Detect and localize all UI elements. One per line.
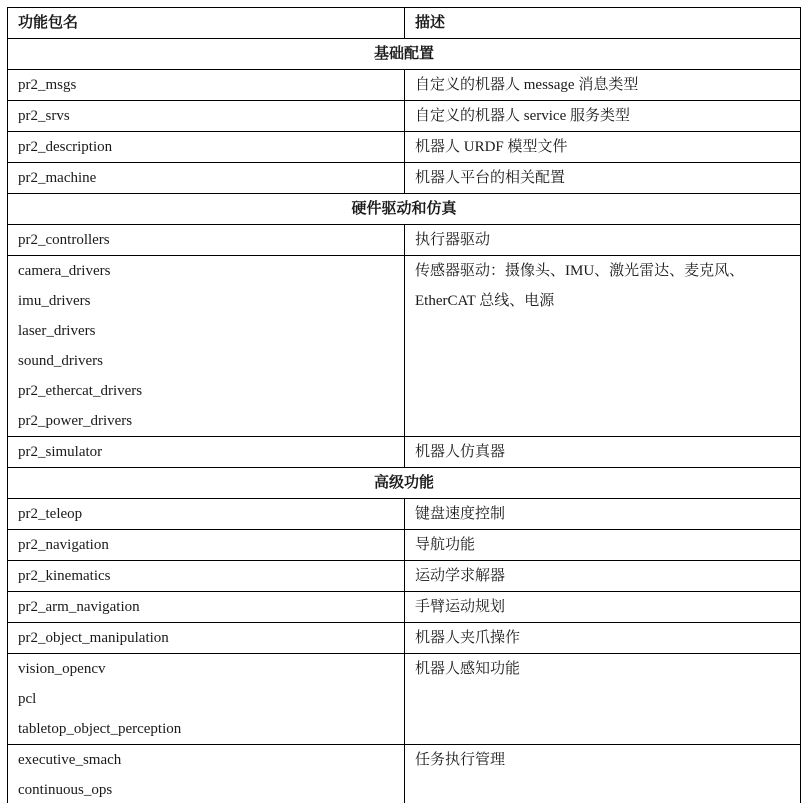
- package-name: pr2_simulator: [18, 437, 394, 467]
- package-description: 机器人平台的相关配置: [415, 163, 790, 193]
- description-cell: 机器人仿真器: [405, 437, 801, 468]
- package-cell: pr2_teleop: [8, 499, 405, 530]
- description-cell: 执行器驱动: [405, 225, 801, 256]
- package-description: 机器人仿真器: [415, 437, 790, 467]
- description-cell: 传感器驱动：摄像头、IMU、激光雷达、麦克风、EtherCAT 总线、电源: [405, 256, 801, 437]
- package-cell: pr2_object_manipulation: [8, 623, 405, 654]
- table-header-row: 功能包名 描述: [8, 8, 801, 39]
- package-description: 自定义的机器人 message 消息类型: [415, 70, 790, 100]
- package-name: pr2_msgs: [18, 70, 394, 100]
- table-row: pr2_description机器人 URDF 模型文件: [8, 132, 801, 163]
- description-cell: 机器人 URDF 模型文件: [405, 132, 801, 163]
- package-name: pr2_srvs: [18, 101, 394, 131]
- section-title: 硬件驱动和仿真: [8, 194, 801, 225]
- package-name: tabletop_object_perception: [18, 714, 394, 744]
- package-description: 导航功能: [415, 530, 790, 560]
- table-row: pr2_teleop键盘速度控制: [8, 499, 801, 530]
- package-name: continuous_ops: [18, 775, 394, 803]
- package-name: pr2_power_drivers: [18, 406, 394, 436]
- package-description: 机器人 URDF 模型文件: [415, 132, 790, 162]
- package-cell: camera_driversimu_driverslaser_driversso…: [8, 256, 405, 437]
- package-description: 传感器驱动：摄像头、IMU、激光雷达、麦克风、EtherCAT 总线、电源: [415, 256, 790, 316]
- description-cell: 运动学求解器: [405, 561, 801, 592]
- package-description: 机器人夹爪操作: [415, 623, 790, 653]
- package-description: 键盘速度控制: [415, 499, 790, 529]
- package-name: pcl: [18, 684, 394, 714]
- package-description: 任务执行管理: [415, 745, 790, 775]
- description-cell: 自定义的机器人 service 服务类型: [405, 101, 801, 132]
- package-name: pr2_controllers: [18, 225, 394, 255]
- description-cell: 机器人夹爪操作: [405, 623, 801, 654]
- section-title: 高级功能: [8, 468, 801, 499]
- section-row: 硬件驱动和仿真: [8, 194, 801, 225]
- package-name: pr2_arm_navigation: [18, 592, 394, 622]
- package-name: pr2_object_manipulation: [18, 623, 394, 653]
- package-name: pr2_description: [18, 132, 394, 162]
- package-cell: pr2_msgs: [8, 70, 405, 101]
- header-package-name: 功能包名: [8, 8, 405, 39]
- table-row: camera_driversimu_driverslaser_driversso…: [8, 256, 801, 437]
- package-description: 手臂运动规划: [415, 592, 790, 622]
- package-cell: pr2_controllers: [8, 225, 405, 256]
- table-row: pr2_navigation导航功能: [8, 530, 801, 561]
- table-row: pr2_msgs自定义的机器人 message 消息类型: [8, 70, 801, 101]
- description-cell: 机器人平台的相关配置: [405, 163, 801, 194]
- package-cell: pr2_description: [8, 132, 405, 163]
- section-row: 高级功能: [8, 468, 801, 499]
- package-name: imu_drivers: [18, 286, 394, 316]
- package-name: pr2_ethercat_drivers: [18, 376, 394, 406]
- package-name: pr2_machine: [18, 163, 394, 193]
- package-cell: vision_opencvpcltabletop_object_percepti…: [8, 654, 405, 745]
- package-name: pr2_teleop: [18, 499, 394, 529]
- package-cell: pr2_kinematics: [8, 561, 405, 592]
- table-row: pr2_simulator机器人仿真器: [8, 437, 801, 468]
- table-row: pr2_controllers执行器驱动: [8, 225, 801, 256]
- package-cell: pr2_navigation: [8, 530, 405, 561]
- description-cell: 机器人感知功能: [405, 654, 801, 745]
- table-row: pr2_kinematics运动学求解器: [8, 561, 801, 592]
- section-row: 基础配置: [8, 39, 801, 70]
- table-row: executive_smachcontinuous_ops任务执行管理: [8, 745, 801, 803]
- description-cell: 任务执行管理: [405, 745, 801, 803]
- description-cell: 自定义的机器人 message 消息类型: [405, 70, 801, 101]
- package-cell: pr2_srvs: [8, 101, 405, 132]
- table-row: pr2_object_manipulation机器人夹爪操作: [8, 623, 801, 654]
- package-name: vision_opencv: [18, 654, 394, 684]
- package-description: 自定义的机器人 service 服务类型: [415, 101, 790, 131]
- package-name: sound_drivers: [18, 346, 394, 376]
- table-row: pr2_arm_navigation手臂运动规划: [8, 592, 801, 623]
- package-name: pr2_kinematics: [18, 561, 394, 591]
- table-row: pr2_srvs自定义的机器人 service 服务类型: [8, 101, 801, 132]
- table-row: pr2_machine机器人平台的相关配置: [8, 163, 801, 194]
- package-cell: pr2_machine: [8, 163, 405, 194]
- section-title: 基础配置: [8, 39, 801, 70]
- package-name: laser_drivers: [18, 316, 394, 346]
- package-name: executive_smach: [18, 745, 394, 775]
- package-cell: executive_smachcontinuous_ops: [8, 745, 405, 803]
- package-name: camera_drivers: [18, 256, 394, 286]
- table-row: vision_opencvpcltabletop_object_percepti…: [8, 654, 801, 745]
- description-cell: 键盘速度控制: [405, 499, 801, 530]
- header-description: 描述: [405, 8, 801, 39]
- description-cell: 导航功能: [405, 530, 801, 561]
- package-description: 执行器驱动: [415, 225, 790, 255]
- package-table: 功能包名 描述 基础配置pr2_msgs自定义的机器人 message 消息类型…: [7, 7, 801, 803]
- package-description: 运动学求解器: [415, 561, 790, 591]
- description-cell: 手臂运动规划: [405, 592, 801, 623]
- package-description: 机器人感知功能: [415, 654, 790, 684]
- package-cell: pr2_arm_navigation: [8, 592, 405, 623]
- package-cell: pr2_simulator: [8, 437, 405, 468]
- package-name: pr2_navigation: [18, 530, 394, 560]
